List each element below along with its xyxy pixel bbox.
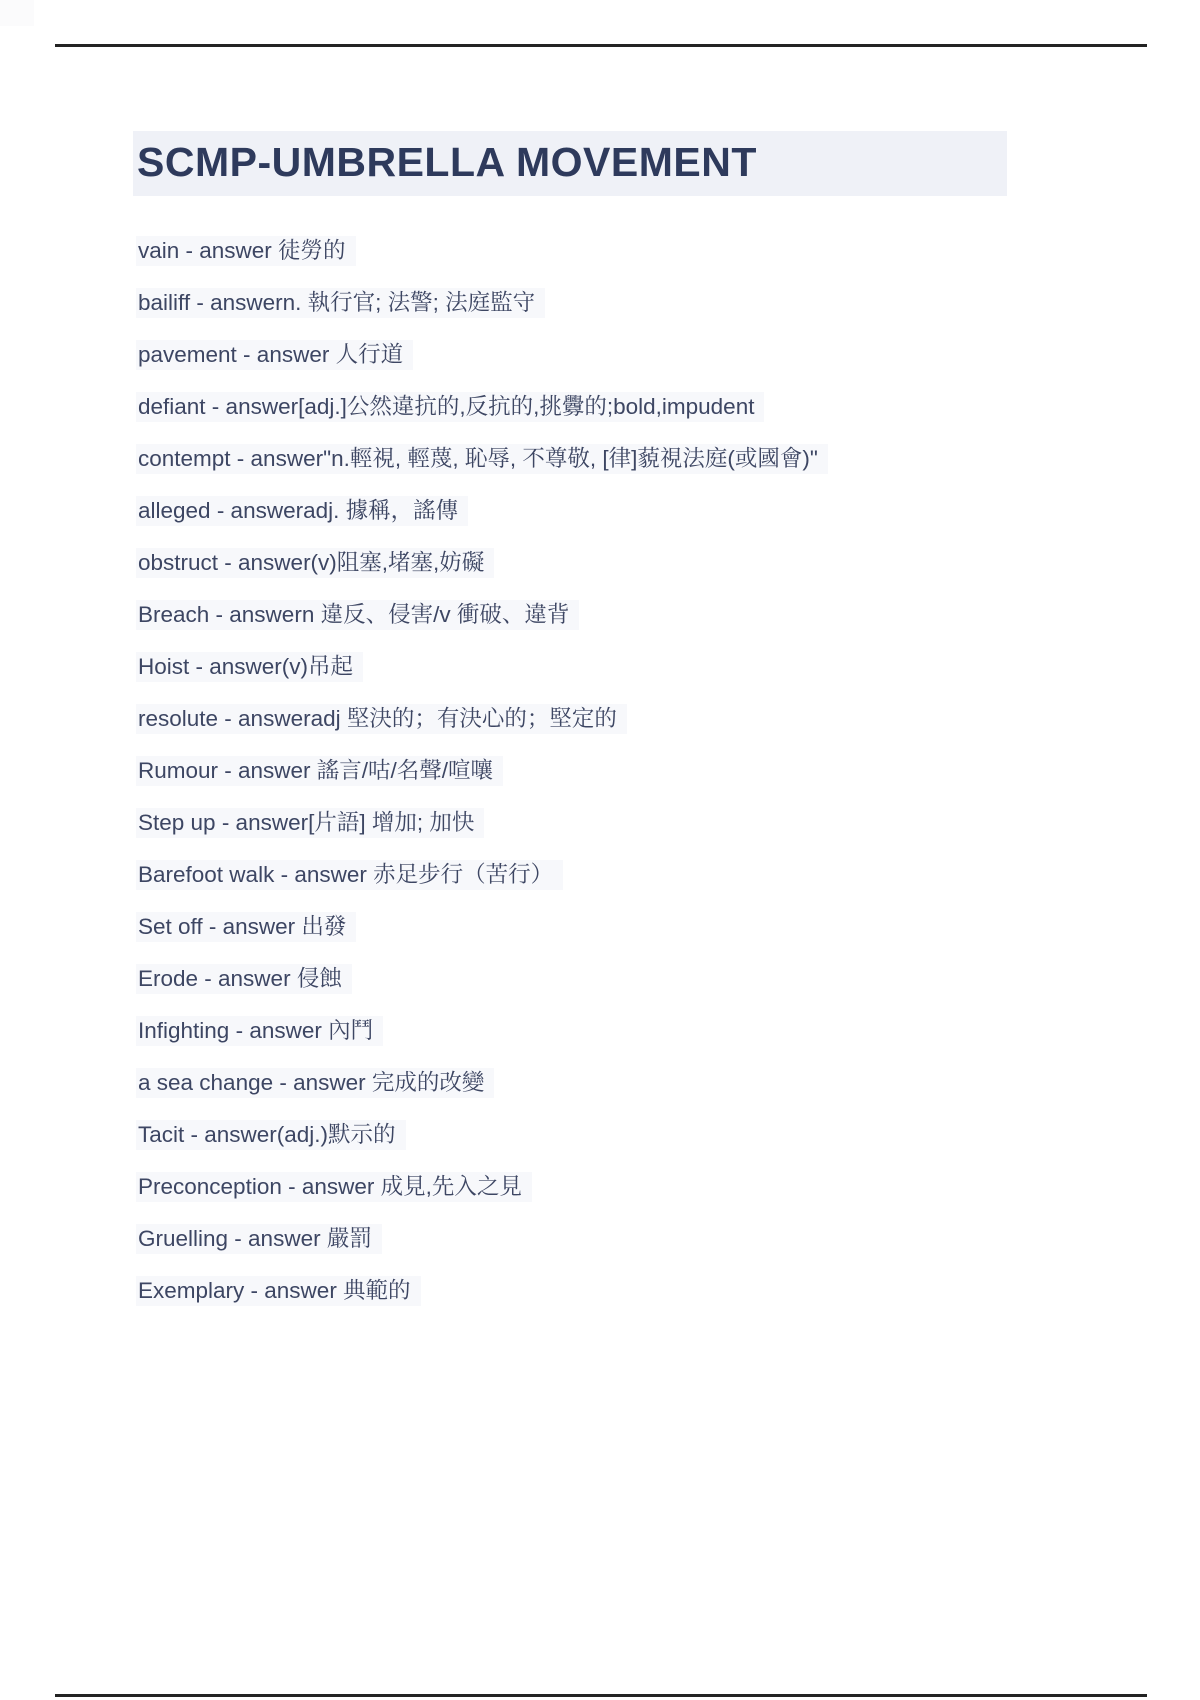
vocab-entry: Tacit - answer(adj.)默示的 [136,1120,1116,1150]
page-corner-shade [0,0,34,26]
vocab-entry-text: Set off - answer 出發 [136,912,356,942]
vocab-entry: Barefoot walk - answer 赤足步行（苦行） [136,860,1116,890]
vocab-entry-text: bailiff - answern. 執行官; 法警; 法庭監守 [136,288,545,318]
vocab-entry: a sea change - answer 完成的改變 [136,1068,1116,1098]
vocab-entry: Breach - answern 違反、侵害/v 衝破、違背 [136,600,1116,630]
vocab-entry-text: Step up - answer[片語] 增加; 加快 [136,808,484,838]
vocab-entry-text: obstruct - answer(v)阻塞,堵塞,妨礙 [136,548,494,578]
bottom-horizontal-rule [55,1694,1147,1697]
vocab-entry: Gruelling - answer 嚴罰 [136,1224,1116,1254]
vocab-entry: pavement - answer 人行道 [136,340,1116,370]
vocab-entry-text: a sea change - answer 完成的改變 [136,1068,494,1098]
vocab-entry: Set off - answer 出發 [136,912,1116,942]
vocab-entry: Infighting - answer 內鬥 [136,1016,1116,1046]
vocabulary-list: vain - answer 徒勞的bailiff - answern. 執行官;… [136,236,1116,1328]
vocab-entry: resolute - answeradj 堅決的；有決心的；堅定的 [136,704,1116,734]
vocab-entry-text: resolute - answeradj 堅決的；有決心的；堅定的 [136,704,627,734]
vocab-entry-text: Gruelling - answer 嚴罰 [136,1224,382,1254]
vocab-entry-text: Erode - answer 侵蝕 [136,964,352,994]
vocab-entry-text: alleged - answeradj. 據稱，謠傳 [136,496,468,526]
vocab-entry-text: Hoist - answer(v)吊起 [136,652,363,682]
vocab-entry: Rumour - answer 謠言/咕/名聲/喧嚷 [136,756,1116,786]
vocab-entry-text: vain - answer 徒勞的 [136,236,356,266]
vocab-entry-text: Rumour - answer 謠言/咕/名聲/喧嚷 [136,756,503,786]
top-horizontal-rule [55,44,1147,47]
vocab-entry-text: Tacit - answer(adj.)默示的 [136,1120,406,1150]
vocab-entry-text: Exemplary - answer 典範的 [136,1276,421,1306]
vocab-entry: contempt - answer"n.輕視, 輕蔑, 恥辱, 不尊敬, [律]… [136,444,1116,474]
vocab-entry-text: Breach - answern 違反、侵害/v 衝破、違背 [136,600,579,630]
vocab-entry: Erode - answer 侵蝕 [136,964,1116,994]
vocab-entry: Hoist - answer(v)吊起 [136,652,1116,682]
vocab-entry: defiant - answer[adj.]公然違抗的,反抗的,挑釁的;bold… [136,392,1116,422]
vocab-entry: alleged - answeradj. 據稱，謠傳 [136,496,1116,526]
vocab-entry: Step up - answer[片語] 增加; 加快 [136,808,1116,838]
vocab-entry: vain - answer 徒勞的 [136,236,1116,266]
vocab-entry-text: pavement - answer 人行道 [136,340,413,370]
vocab-entry: obstruct - answer(v)阻塞,堵塞,妨礙 [136,548,1116,578]
vocab-entry: Exemplary - answer 典範的 [136,1276,1116,1306]
document-page: SCMP-UMBRELLA MOVEMENT vain - answer 徒勞的… [0,0,1200,1700]
vocab-entry-text: defiant - answer[adj.]公然違抗的,反抗的,挑釁的;bold… [136,392,764,422]
vocab-entry-text: Preconception - answer 成見,先入之見 [136,1172,532,1202]
vocab-entry: Preconception - answer 成見,先入之見 [136,1172,1116,1202]
vocab-entry-text: Barefoot walk - answer 赤足步行（苦行） [136,860,563,890]
vocab-entry-text: contempt - answer"n.輕視, 輕蔑, 恥辱, 不尊敬, [律]… [136,444,828,474]
vocab-entry-text: Infighting - answer 內鬥 [136,1016,383,1046]
page-title: SCMP-UMBRELLA MOVEMENT [133,131,1007,196]
vocab-entry: bailiff - answern. 執行官; 法警; 法庭監守 [136,288,1116,318]
